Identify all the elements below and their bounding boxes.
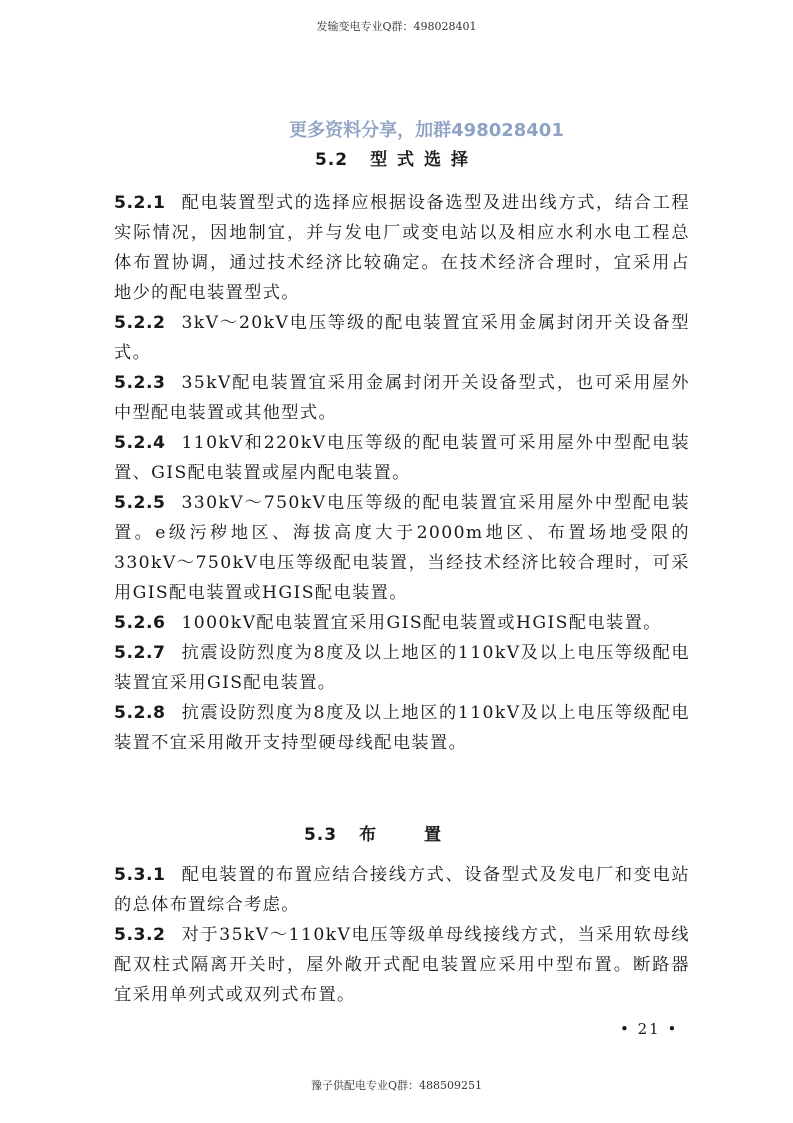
clause-text: 330kV～750kV电压等级的配电装置宜采用屋外中型配电装置。e级污秽地区、海… — [114, 493, 690, 603]
clause-number: 5.2.6 — [114, 613, 165, 633]
clause-number: 5.2.7 — [114, 643, 165, 663]
clause-number: 5.2.1 — [114, 193, 165, 213]
section-title-5-2: 5.2型式选择 — [0, 145, 793, 170]
clause-text: 配电装置的布置应结合接线方式、设备型式及发电厂和变电站的总体布置综合考虑。 — [114, 865, 690, 915]
clause-number: 5.2.8 — [114, 703, 165, 723]
clause-5-2-2: 5.2.23kV～20kV电压等级的配电装置宜采用金属封闭开关设备型式。 — [114, 308, 690, 368]
clause-5-2-8: 5.2.8抗震设防烈度为8度及以上地区的110kV及以上电压等级配电装置不宜采用… — [114, 698, 690, 758]
section-heading: 布置 — [359, 825, 489, 845]
clause-text: 抗震设防烈度为8度及以上地区的110kV及以上电压等级配电装置宜采用GIS配电装… — [114, 643, 690, 693]
clause-text: 35kV配电装置宜采用金属封闭开关设备型式，也可采用屋外中型配电装置或其他型式。 — [114, 373, 690, 423]
clause-number: 5.2.5 — [114, 493, 165, 513]
section-number: 5.3 — [304, 825, 337, 845]
section-number: 5.2 — [315, 150, 348, 170]
share-watermark: 更多资料分享，加群498028401 — [0, 116, 793, 142]
clause-5-3-1: 5.3.1配电装置的布置应结合接线方式、设备型式及发电厂和变电站的总体布置综合考… — [114, 860, 690, 920]
section-body-5-2: 5.2.1配电装置型式的选择应根据设备选型及进出线方式，结合工程实际情况，因地制… — [114, 188, 690, 758]
header-watermark-note: 发输变电专业Q群：498028401 — [0, 18, 793, 34]
clause-5-2-5: 5.2.5330kV～750kV电压等级的配电装置宜采用屋外中型配电装置。e级污… — [114, 488, 690, 608]
clause-number: 5.3.2 — [114, 925, 165, 945]
clause-number: 5.2.3 — [114, 373, 165, 393]
clause-text: 110kV和220kV电压等级的配电装置可采用屋外中型配电装置、GIS配电装置或… — [114, 433, 690, 483]
clause-5-2-4: 5.2.4110kV和220kV电压等级的配电装置可采用屋外中型配电装置、GIS… — [114, 428, 690, 488]
section-heading: 型式选择 — [370, 150, 478, 170]
clause-number: 5.2.2 — [114, 313, 165, 333]
clause-text: 抗震设防烈度为8度及以上地区的110kV及以上电压等级配电装置不宜采用敞开支持型… — [114, 703, 690, 753]
clause-5-2-1: 5.2.1配电装置型式的选择应根据设备选型及进出线方式，结合工程实际情况，因地制… — [114, 188, 690, 308]
clause-text: 1000kV配电装置宜采用GIS配电装置或HGIS配电装置。 — [181, 613, 661, 633]
clause-text: 3kV～20kV电压等级的配电装置宜采用金属封闭开关设备型式。 — [114, 313, 690, 363]
section-body-5-3: 5.3.1配电装置的布置应结合接线方式、设备型式及发电厂和变电站的总体布置综合考… — [114, 860, 690, 1010]
clause-number: 5.3.1 — [114, 865, 165, 885]
clause-number: 5.2.4 — [114, 433, 165, 453]
page-number: • 21 • — [620, 1020, 678, 1038]
clause-text: 配电装置型式的选择应根据设备选型及进出线方式，结合工程实际情况，因地制宜，并与发… — [114, 193, 690, 303]
clause-text: 对于35kV～110kV电压等级单母线接线方式，当采用软母线配双柱式隔离开关时，… — [114, 925, 690, 1005]
clause-5-2-7: 5.2.7抗震设防烈度为8度及以上地区的110kV及以上电压等级配电装置宜采用G… — [114, 638, 690, 698]
clause-5-2-3: 5.2.335kV配电装置宜采用金属封闭开关设备型式，也可采用屋外中型配电装置或… — [114, 368, 690, 428]
clause-5-3-2: 5.3.2对于35kV～110kV电压等级单母线接线方式，当采用软母线配双柱式隔… — [114, 920, 690, 1010]
clause-5-2-6: 5.2.61000kV配电装置宜采用GIS配电装置或HGIS配电装置。 — [114, 608, 690, 638]
section-title-5-3: 5.3布置 — [0, 820, 793, 845]
footer-watermark-note: 豫子供配电专业Q群：488509251 — [0, 1077, 793, 1093]
